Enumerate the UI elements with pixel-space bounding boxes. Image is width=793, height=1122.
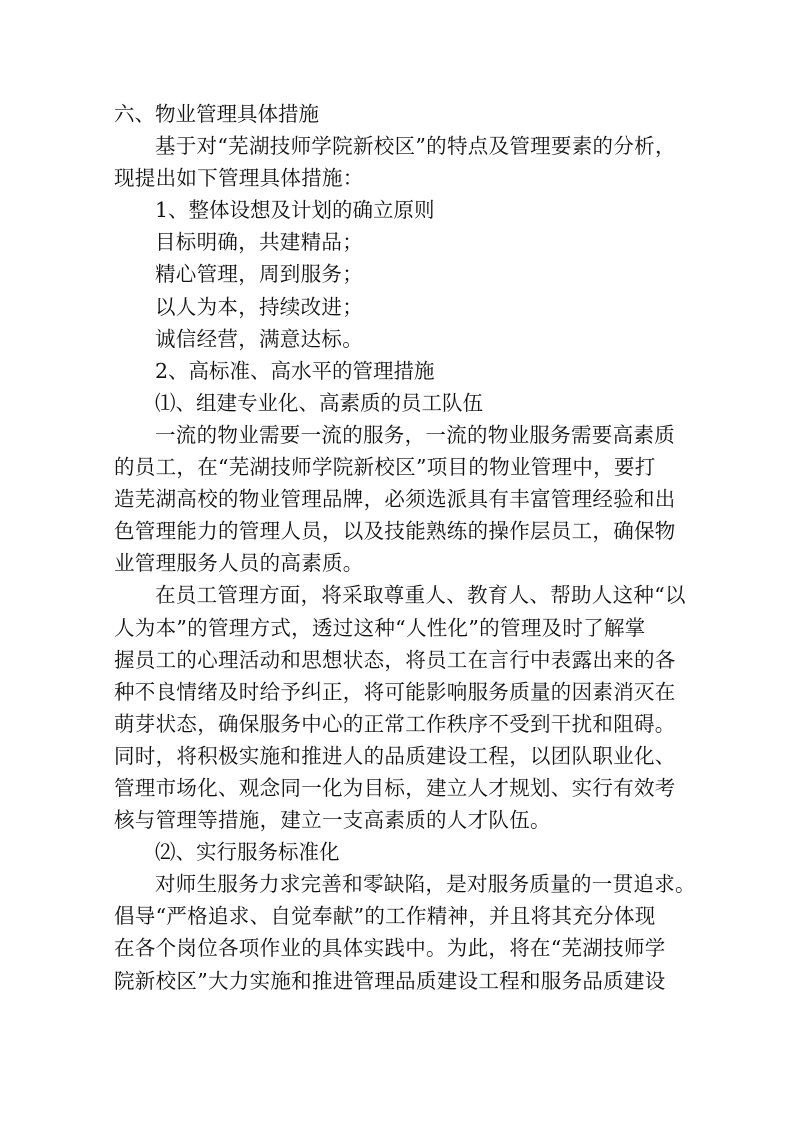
text-line: 一流的物业需要一流的服务，一流的物业服务需要高素质 [114,419,724,451]
subsection-1-heading: ⑴、组建专业化、高素质的员工队伍 [114,387,724,419]
text-line: 对师生服务力求完善和零缺陷，是对服务质量的一贯追求。 [114,868,724,900]
subsection-2-paragraph-1: 对师生服务力求完善和零缺陷，是对服务质量的一贯追求。 倡导“严格追求、自觉奉献”… [114,868,724,996]
text-line: 种不良情绪及时给予纠正，将可能影响服务质量的因素消灭在 [114,676,724,708]
subsection-1-paragraph-2: 在员工管理方面，将采取尊重人、教育人、帮助人这种“以 人为本”的管理方式，透过这… [114,579,724,836]
item1-heading: 1、整体设想及计划的确立原则 [114,194,724,226]
text-line: 造芜湖高校的物业管理品牌，必须选派具有丰富管理经验和出 [114,483,724,515]
principle-item: 以人为本，持续改进； [114,291,724,323]
subsection-1-paragraph-1: 一流的物业需要一流的服务，一流的物业服务需要高素质 的员工，在“芜湖技师学院新校… [114,419,724,579]
text-line: 人为本”的管理方式，透过这种“人性化”的管理及时了解掌 [114,612,724,644]
intro-paragraph: 基于对“芜湖技师学院新校区”的特点及管理要素的分析， 现提出如下管理具体措施： [114,130,724,194]
subsection-2-heading: ⑵、实行服务标准化 [114,836,724,868]
principle-item: 目标明确，共建精品； [114,226,724,258]
text-line: 在各个岗位各项作业的具体实践中。为此，将在“芜湖技师学 [114,932,724,964]
principle-item: 精心管理，周到服务； [114,258,724,290]
text-line: 业管理服务人员的高素质。 [114,547,724,579]
principles-list: 目标明确，共建精品； 精心管理，周到服务； 以人为本，持续改进； 诚信经营，满意… [114,226,724,354]
text-line: 管理市场化、观念同一化为目标，建立人才规划、实行有效考 [114,772,724,804]
text-line: 核与管理等措施，建立一支高素质的人才队伍。 [114,804,724,836]
principle-item: 诚信经营，满意达标。 [114,323,724,355]
text-line: 握员工的心理活动和思想状态，将员工在言行中表露出来的各 [114,644,724,676]
text-line: 的员工，在“芜湖技师学院新校区”项目的物业管理中，要打 [114,451,724,483]
text-line: 在员工管理方面，将采取尊重人、教育人、帮助人这种“以 [114,579,724,611]
section-heading: 六、物业管理具体措施 [114,98,724,130]
intro-line-1: 基于对“芜湖技师学院新校区”的特点及管理要素的分析， [114,130,724,162]
item2-heading: 2、高标准、高水平的管理措施 [114,355,724,387]
intro-line-2: 现提出如下管理具体措施： [114,162,724,194]
text-line: 院新校区”大力实施和推进管理品质建设工程和服务品质建设 [114,965,724,997]
text-line: 倡导“严格追求、自觉奉献”的工作精神，并且将其充分体现 [114,900,724,932]
text-line: 色管理能力的管理人员，以及技能熟练的操作层员工，确保物 [114,515,724,547]
text-line: 同时，将积极实施和推进人的品质建设工程，以团队职业化、 [114,740,724,772]
text-line: 萌芽状态，确保服务中心的正常工作秩序不受到干扰和阻碍。 [114,708,724,740]
document-page: 六、物业管理具体措施 基于对“芜湖技师学院新校区”的特点及管理要素的分析， 现提… [114,98,724,997]
